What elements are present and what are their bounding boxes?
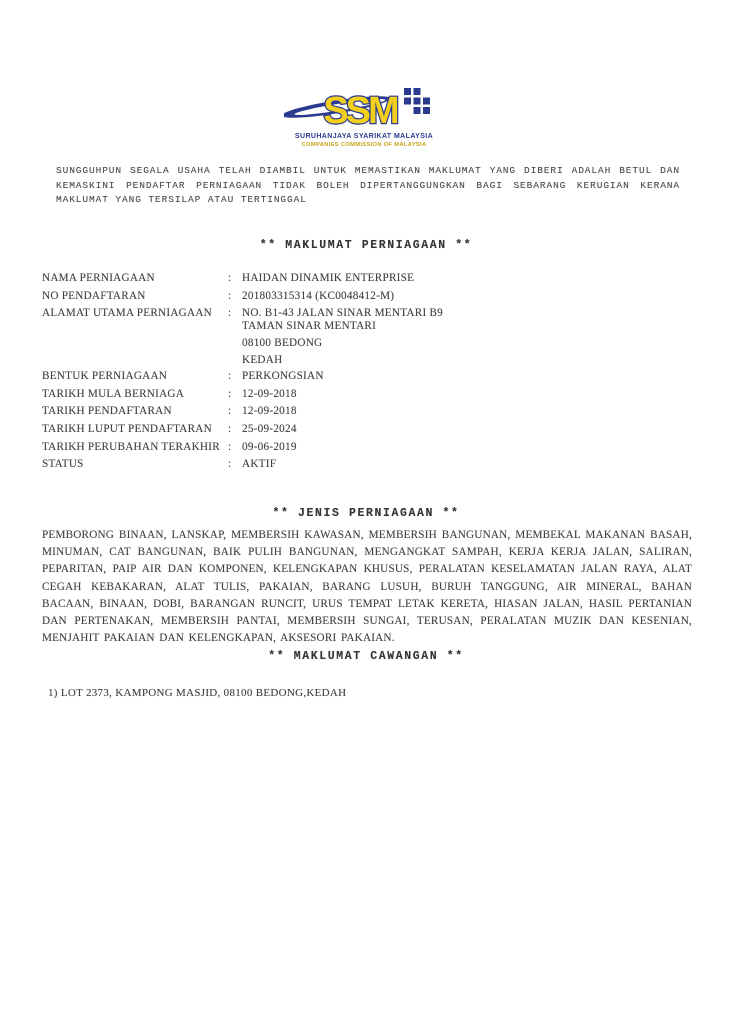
field-colon	[228, 272, 242, 284]
field-row-no-pendaftaran: NO PENDAFTARAN 201803315314 (KC0048412-M…	[42, 290, 690, 308]
field-label: NAMA PERNIAGAAN	[42, 272, 228, 284]
address-line-3: 08100 BEDONG	[242, 337, 690, 349]
field-row-tarikh-mula-berniaga: TARIKH MULA BERNIAGA 12-09-2018	[42, 388, 690, 406]
field-label: TARIKH LUPUT PENDAFTARAN	[42, 423, 228, 435]
field-colon	[228, 388, 242, 400]
field-label: BENTUK PERNIAGAAN	[42, 370, 228, 382]
ssm-logo: SSM SURUHANJAYA SYARIKAT MALAYSIA COMPAN…	[284, 82, 448, 148]
field-label: TARIKH PENDAFTARAN	[42, 405, 228, 417]
field-colon	[228, 405, 242, 417]
field-row-tarikh-luput-pendaftaran: TARIKH LUPUT PENDAFTARAN 25-09-2024	[42, 423, 690, 441]
field-row-bentuk-perniagaan: BENTUK PERNIAGAAN PERKONGSIAN	[42, 370, 690, 388]
disclaimer-text: SUNGGUHPUN SEGALA USAHA TELAH DIAMBIL UN…	[56, 164, 680, 208]
field-label: STATUS	[42, 458, 228, 470]
field-value: 201803315314 (KC0048412-M)	[242, 290, 690, 302]
field-row-tarikh-perubahan-terakhir: TARIKH PERUBAHAN TERAKHIR 09-06-2019	[42, 441, 690, 459]
section-title-business-info: ** MAKLUMAT PERNIAGAAN **	[0, 239, 732, 252]
field-label: ALAMAT UTAMA PERNIAGAAN	[42, 307, 228, 319]
branch-list: 1) LOT 2373, KAMPONG MASJID, 08100 BEDON…	[48, 687, 668, 699]
branch-item: 1) LOT 2373, KAMPONG MASJID, 08100 BEDON…	[48, 687, 668, 699]
field-colon	[228, 441, 242, 453]
business-types-description: PEMBORONG BINAAN, LANSKAP, MEMBERSIH KAW…	[42, 527, 692, 647]
field-value: 12-09-2018	[242, 388, 690, 400]
section-title-business-types: ** JENIS PERNIAGAAN **	[0, 507, 732, 520]
field-colon	[228, 307, 242, 319]
field-row-tarikh-pendaftaran: TARIKH PENDAFTARAN 12-09-2018	[42, 405, 690, 423]
section-title-branch-info: ** MAKLUMAT CAWANGAN **	[0, 650, 732, 663]
logo-name-english: COMPANIES COMMISSION OF MALAYSIA	[302, 142, 427, 148]
ssm-logo-graphic: SSM SURUHANJAYA SYARIKAT MALAYSIA COMPAN…	[284, 82, 448, 148]
field-colon	[228, 290, 242, 302]
field-value: 25-09-2024	[242, 423, 690, 435]
address-line-1: NO. B1-43 JALAN SINAR MENTARI B9	[242, 307, 690, 319]
field-row-alamat-utama: ALAMAT UTAMA PERNIAGAAN NO. B1-43 JALAN …	[42, 307, 690, 370]
field-value: 09-06-2019	[242, 441, 690, 453]
logo-name-malay: SURUHANJAYA SYARIKAT MALAYSIA	[295, 133, 433, 140]
field-label: TARIKH MULA BERNIAGA	[42, 388, 228, 400]
field-value: HAIDAN DINAMIK ENTERPRISE	[242, 272, 690, 284]
logo-dots-icon	[404, 88, 430, 114]
field-value: 12-09-2018	[242, 405, 690, 417]
field-label: NO PENDAFTARAN	[42, 290, 228, 302]
field-colon	[228, 370, 242, 382]
field-row-nama-perniagaan: NAMA PERNIAGAAN HAIDAN DINAMIK ENTERPRIS…	[42, 272, 690, 290]
field-row-status: STATUS AKTIF	[42, 458, 690, 476]
field-colon	[228, 423, 242, 435]
field-colon	[228, 458, 242, 470]
address-line-4: KEDAH	[242, 354, 690, 366]
field-value: PERKONGSIAN	[242, 370, 690, 382]
business-info-fields: NAMA PERNIAGAAN HAIDAN DINAMIK ENTERPRIS…	[42, 272, 690, 476]
address-line-2: TAMAN SINAR MENTARI	[242, 320, 690, 332]
document-page: SSM SURUHANJAYA SYARIKAT MALAYSIA COMPAN…	[0, 0, 732, 1024]
field-value-address: NO. B1-43 JALAN SINAR MENTARI B9 TAMAN S…	[242, 307, 690, 366]
logo-acronym: SSM	[323, 90, 398, 132]
status-value: AKTIF	[242, 458, 690, 470]
field-label: TARIKH PERUBAHAN TERAKHIR	[42, 441, 228, 453]
